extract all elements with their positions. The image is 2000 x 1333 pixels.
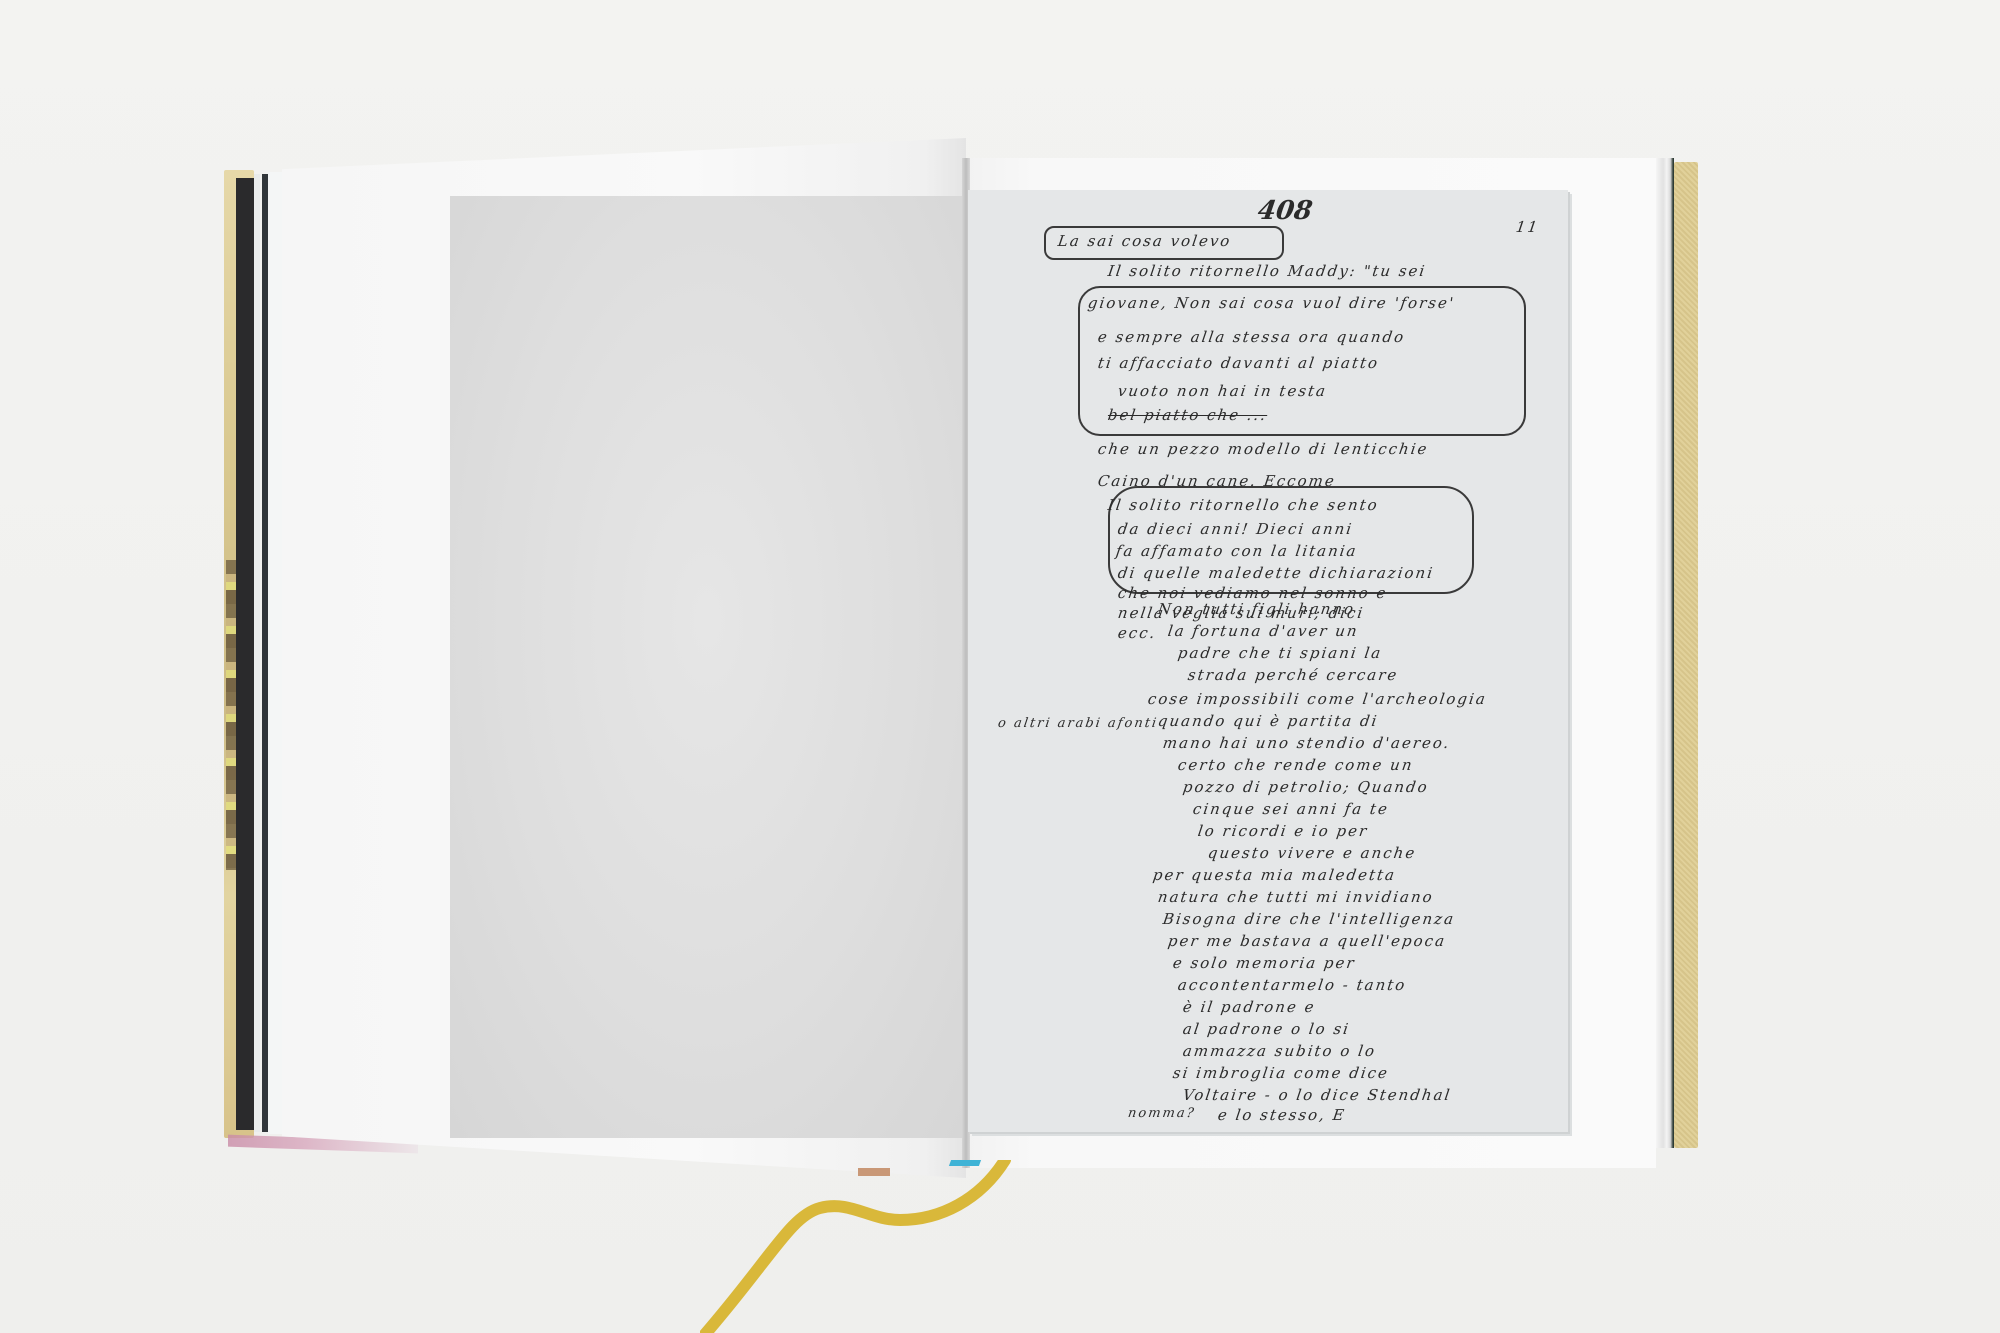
manuscript-line: si imbroglia come dice	[1172, 1064, 1391, 1082]
manuscript-line: ti affacciato davanti al piatto	[1097, 354, 1381, 372]
manuscript-line: mano hai uno stendio d'aereo.	[1162, 734, 1452, 752]
manuscript-line: lo ricordi e io per	[1197, 822, 1370, 840]
manuscript-line: di quelle maledette dichiarazioni	[1117, 564, 1436, 582]
margin-note: nomma?	[1127, 1106, 1197, 1121]
manuscript-line: fa affamato con la litania	[1115, 542, 1359, 560]
page-block-right	[1656, 158, 1674, 1148]
manuscript-page: 408 11 La sai cosa volevo Il solito rito…	[968, 190, 1568, 1132]
manuscript-page-number: 408	[1256, 196, 1314, 226]
manuscript-line: cose impossibili come l'archeologia	[1147, 690, 1488, 708]
manuscript-line: bel piatto che ...	[1107, 406, 1269, 424]
manuscript-line: questo vivere e anche	[1207, 844, 1418, 862]
manuscript-line: pozzo di petrolio; Quando	[1182, 778, 1430, 796]
manuscript-line: strada perché cercare	[1187, 666, 1400, 684]
manuscript-line: al padrone o lo si	[1182, 1020, 1352, 1038]
manuscript-line: padre che ti spiani la	[1177, 644, 1384, 662]
manuscript-line: giovane, Non sai cosa vuol dire 'forse'	[1087, 294, 1457, 312]
manuscript-line: certo che rende come un	[1177, 756, 1415, 774]
manuscript-line: cinque sei anni fa te	[1192, 800, 1390, 818]
manuscript-line: è il padrone e	[1182, 998, 1317, 1016]
manuscript-line: natura che tutti mi invidiano	[1157, 888, 1435, 906]
book-cover-right-edge	[1674, 162, 1698, 1148]
manuscript-line: e sempre alla stessa ora quando	[1097, 328, 1407, 346]
manuscript-line: ecc.	[1117, 624, 1158, 642]
manuscript-line: ammazza subito o lo	[1182, 1042, 1378, 1060]
manuscript-line: Non tutti figli hanno	[1157, 600, 1357, 618]
manuscript-line: Voltaire - o lo dice Stendhal	[1182, 1086, 1453, 1104]
margin-note: o altri arabi afonti	[997, 716, 1159, 731]
manuscript-line: e lo stesso, E	[1217, 1106, 1347, 1124]
left-page-plate	[450, 196, 965, 1138]
book-endpaper-black	[236, 178, 254, 1130]
corner-mark: 11	[1515, 218, 1541, 236]
page-block-left	[254, 174, 260, 1132]
manuscript-line: accontentarmelo - tanto	[1177, 976, 1408, 994]
manuscript-line: vuoto non hai in testa	[1117, 382, 1329, 400]
manuscript-line: da dieci anni! Dieci anni	[1117, 520, 1355, 538]
ribbon-bookmark	[700, 1160, 1020, 1333]
manuscript-line: per questa mia maledetta	[1152, 866, 1398, 884]
manuscript-line: quando qui è partita di	[1157, 712, 1380, 730]
manuscript-line: la fortuna d'aver un	[1167, 622, 1360, 640]
manuscript-line: Il solito ritornello Maddy: "tu sei	[1107, 262, 1428, 280]
manuscript-line: per me bastava a quell'epoca	[1167, 932, 1448, 950]
page-block-left-white	[268, 172, 283, 1134]
manuscript-line: che un pezzo modello di lenticchie	[1097, 440, 1430, 458]
manuscript-line: La sai cosa volevo	[1057, 232, 1233, 250]
manuscript-line: Il solito ritornello che sento	[1107, 496, 1380, 514]
manuscript-line: e solo memoria per	[1172, 954, 1357, 972]
manuscript-line: Caino d'un cane. Eccome	[1097, 472, 1337, 490]
manuscript-line: Bisogna dire che l'intelligenza	[1162, 910, 1457, 928]
